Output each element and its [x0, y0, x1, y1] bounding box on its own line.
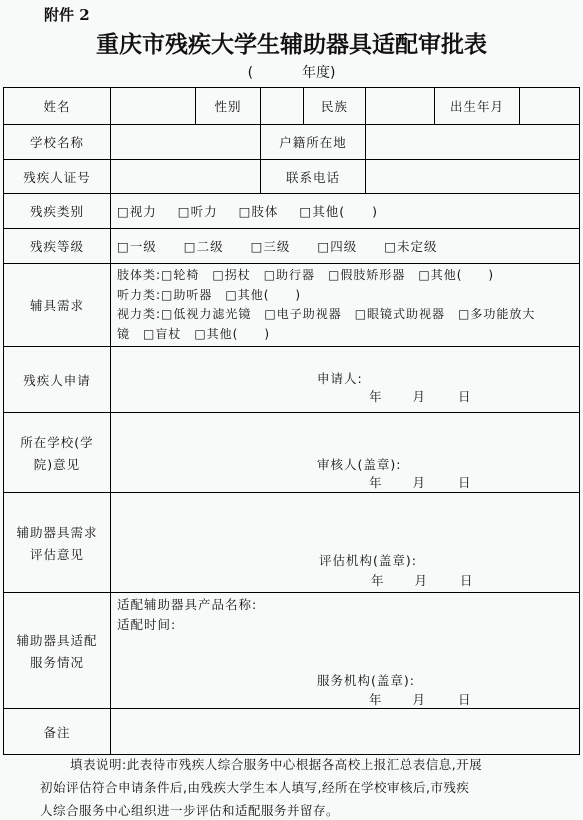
grade-option-undetermined[interactable]: □未定级: [384, 239, 437, 254]
attachment-label: 附件 2: [44, 4, 90, 25]
needs-label: 辅具需求: [4, 264, 111, 347]
row-basic-info: 姓名 性别 民族 出生年月: [4, 88, 580, 125]
date-month: 月: [413, 387, 427, 405]
needs-hearing-line[interactable]: 听力类:□助听器 □其他( ): [117, 286, 575, 306]
birth-field[interactable]: [520, 88, 580, 125]
grade-option-4[interactable]: □四级: [317, 239, 357, 254]
service-date: 年月日: [369, 690, 472, 708]
grade-options: □一级 □二级 □三级 □四级 □未定级: [111, 229, 580, 264]
category-option-limb[interactable]: □肢体: [239, 204, 279, 219]
row-assessment: 辅助器具需求 评估意见 评估机构(盖章): 年月日: [4, 493, 580, 593]
date-year: 年: [369, 387, 383, 405]
service-product-label: 适配辅助器具产品名称:: [117, 595, 257, 613]
school-opinion-field[interactable]: 审核人(盖章): 年月日: [111, 413, 580, 493]
row-service: 辅助器具适配 服务情况 适配辅助器具产品名称: 适配时间: 服务机构(盖章): …: [4, 593, 580, 709]
page-title: 重庆市残疾大学生辅助器具适配审批表: [0, 26, 583, 59]
school-opinion-label: 所在学校(学 院)意见: [4, 413, 111, 493]
year-label: 年度): [302, 62, 335, 82]
remarks-field[interactable]: [111, 709, 580, 755]
applicant-label: 残疾人申请: [4, 347, 111, 413]
row-category: 残疾类别 □视力 □听力 □肢体 □其他( ): [4, 194, 580, 229]
category-option-hearing[interactable]: □听力: [178, 204, 218, 219]
service-field[interactable]: 适配辅助器具产品名称: 适配时间: 服务机构(盖章): 年月日: [111, 593, 580, 709]
service-signer: 服务机构(盖章):: [317, 671, 415, 689]
row-id-phone: 残疾人证号 联系电话: [4, 160, 580, 194]
school-opinion-date: 年月日: [369, 473, 472, 491]
assessment-field[interactable]: 评估机构(盖章): 年月日: [111, 493, 580, 593]
disability-id-label: 残疾人证号: [4, 160, 111, 194]
ethnicity-label: 民族: [304, 88, 366, 125]
category-label: 残疾类别: [4, 194, 111, 229]
service-label: 辅助器具适配 服务情况: [4, 593, 111, 709]
phone-label: 联系电话: [261, 160, 366, 194]
school-label: 学校名称: [4, 125, 111, 160]
applicant-signer: 申请人:: [317, 369, 363, 387]
residence-field[interactable]: [366, 125, 580, 160]
needs-vision-line[interactable]: 视力类:□低视力滤光镜 □电子助视器 □眼镜式助视器 □多功能放大: [117, 305, 575, 325]
year-line: ( 年度): [0, 62, 583, 82]
grade-option-1[interactable]: □一级: [117, 239, 157, 254]
approval-form: 姓名 性别 民族 出生年月 学校名称 户籍所在地 残疾人证号 联系电话 残疾类别…: [3, 87, 580, 755]
category-option-vision[interactable]: □视力: [117, 204, 157, 219]
category-options: □视力 □听力 □肢体 □其他( ): [111, 194, 580, 229]
birth-label: 出生年月: [435, 88, 520, 125]
name-field[interactable]: [111, 88, 196, 125]
row-needs: 辅具需求 肢体类:□轮椅 □拐杖 □助行器 □假肢矫形器 □其他( ) 听力类:…: [4, 264, 580, 347]
residence-label: 户籍所在地: [261, 125, 366, 160]
row-grade: 残疾等级 □一级 □二级 □三级 □四级 □未定级: [4, 229, 580, 264]
disability-id-field[interactable]: [111, 160, 261, 194]
assessment-signer: 评估机构(盖章):: [319, 551, 417, 569]
applicant-field[interactable]: 申请人: 年月日: [111, 347, 580, 413]
applicant-date: 年月日: [369, 387, 472, 405]
needs-limb-line[interactable]: 肢体类:□轮椅 □拐杖 □助行器 □假肢矫形器 □其他( ): [117, 266, 575, 286]
phone-field[interactable]: [366, 160, 580, 194]
row-school: 学校名称 户籍所在地: [4, 125, 580, 160]
row-school-opinion: 所在学校(学 院)意见 审核人(盖章): 年月日: [4, 413, 580, 493]
category-option-other[interactable]: □其他( ): [299, 204, 378, 219]
row-remarks: 备注: [4, 709, 580, 755]
grade-option-2[interactable]: □二级: [184, 239, 224, 254]
year-open-paren: (: [248, 65, 253, 81]
name-label: 姓名: [4, 88, 111, 125]
remarks-label: 备注: [4, 709, 111, 755]
grade-label: 残疾等级: [4, 229, 111, 264]
gender-label: 性别: [196, 88, 261, 125]
needs-options[interactable]: 肢体类:□轮椅 □拐杖 □助行器 □假肢矫形器 □其他( ) 听力类:□助听器 …: [111, 264, 580, 347]
fill-instructions: 填表说明:此表待市残疾人综合服务中心根据各高校上报汇总表信息,开展 初始评估符合…: [40, 753, 560, 820]
assessment-label: 辅助器具需求 评估意见: [4, 493, 111, 593]
date-day: 日: [458, 387, 472, 405]
ethnicity-field[interactable]: [366, 88, 435, 125]
gender-field[interactable]: [261, 88, 304, 125]
school-field[interactable]: [111, 125, 261, 160]
needs-vision-line-cont[interactable]: 镜 □盲杖 □其他( ): [117, 325, 575, 345]
service-time-label: 适配时间:: [117, 615, 176, 633]
row-applicant: 残疾人申请 申请人: 年月日: [4, 347, 580, 413]
assessment-date: 年月日: [371, 571, 474, 589]
grade-option-3[interactable]: □三级: [251, 239, 291, 254]
school-opinion-signer: 审核人(盖章):: [317, 455, 401, 473]
